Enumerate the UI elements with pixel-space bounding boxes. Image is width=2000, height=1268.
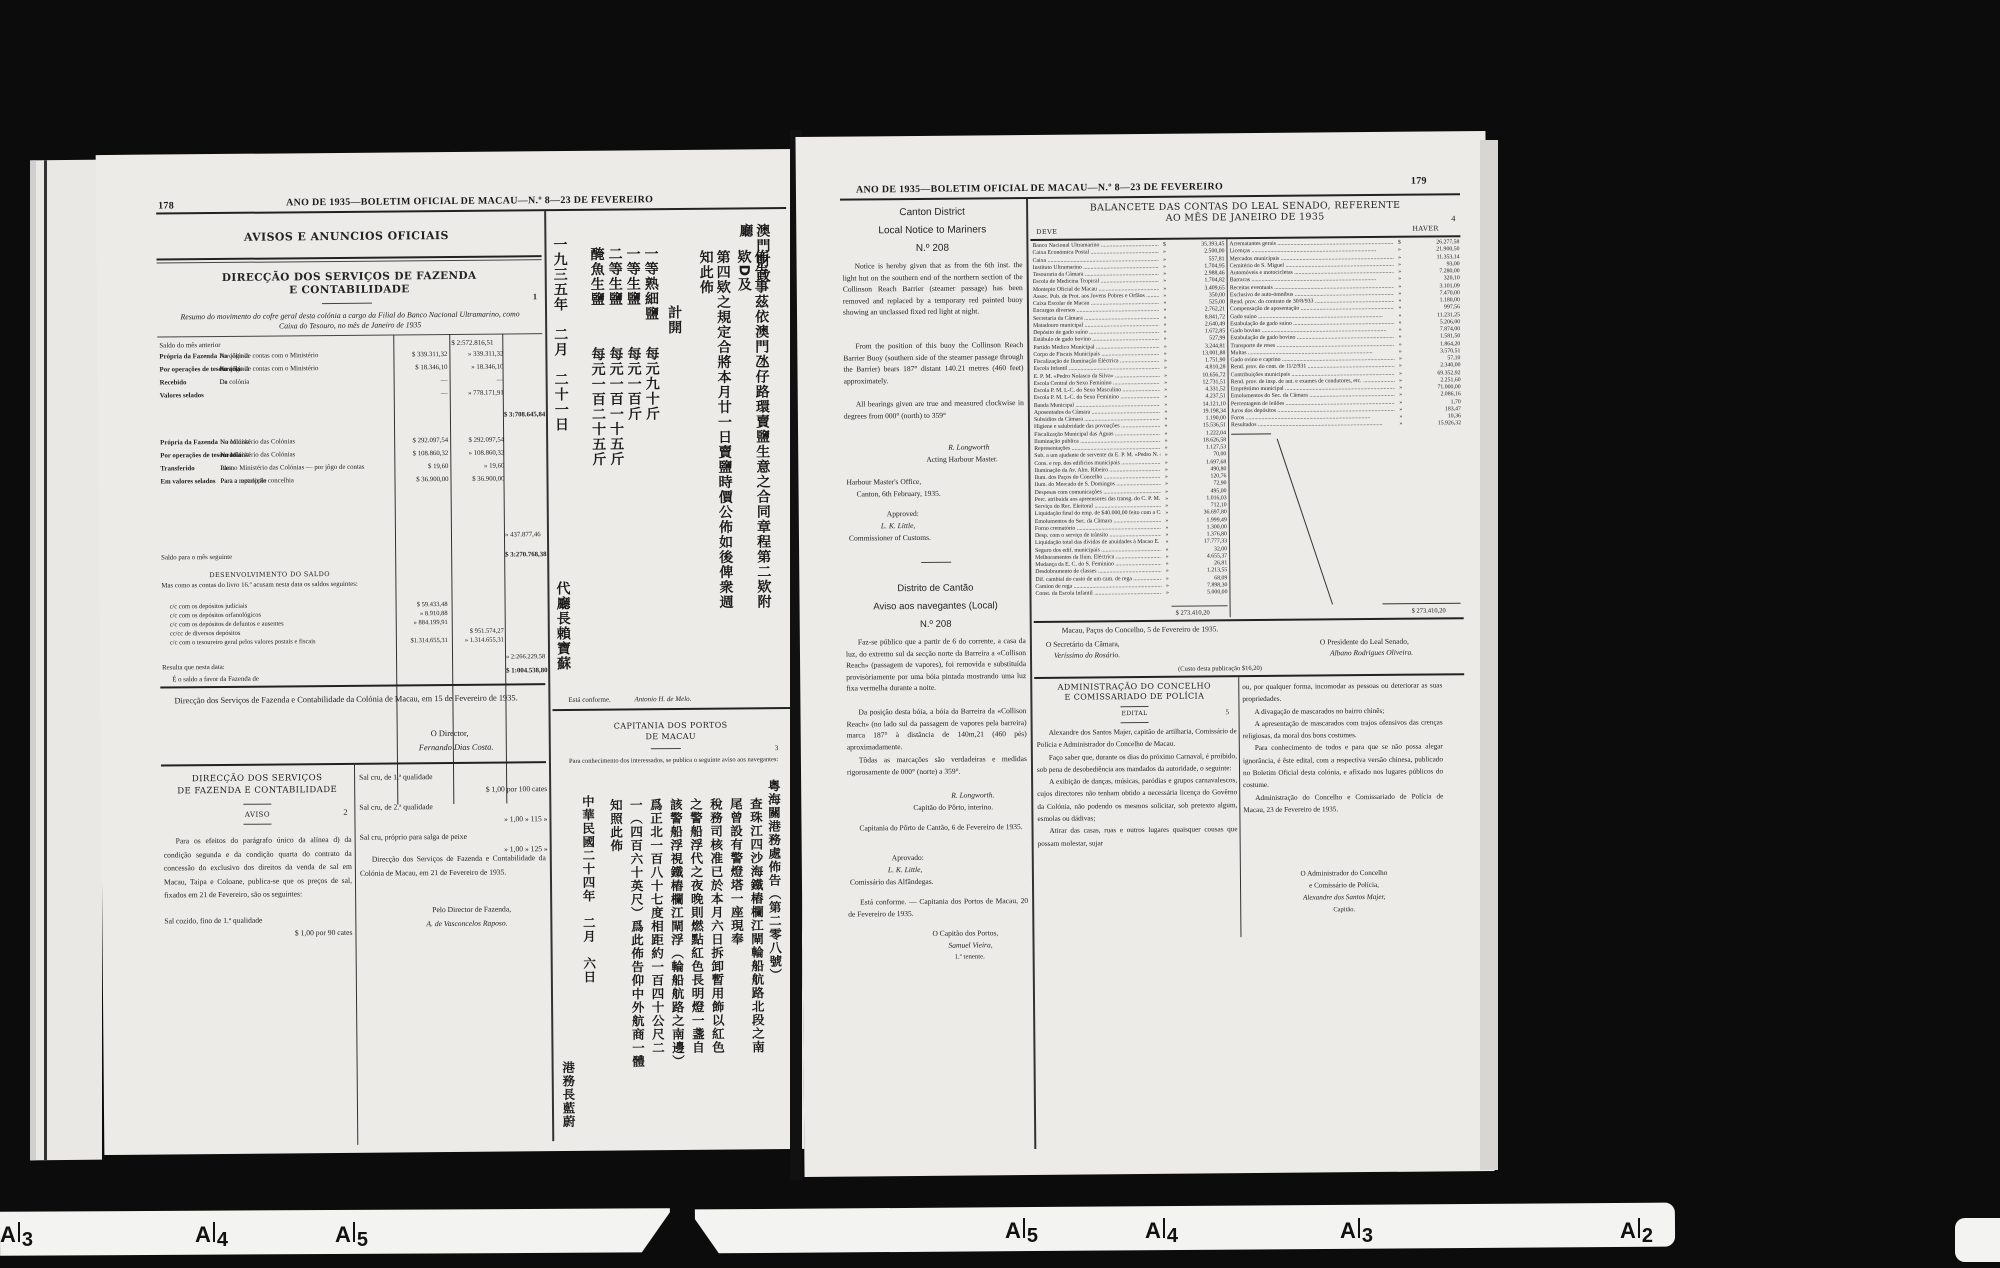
notice-fazenda-resumo: DIRECÇÃO DOS SERVIÇOS DE FAZENDA E CONTA…: [96, 149, 796, 155]
row-currency: »: [1159, 278, 1171, 285]
cjk-body: 佈告事茲依澳門氹仔路環賣鹽生意之合同章程第二欵附欵D及第四欵之規定合將本月廿一日…: [696, 249, 771, 610]
row-currency: »: [1395, 414, 1407, 421]
row-currency: »: [1159, 358, 1171, 365]
cjk-item-price: 每元一百二十五斤: [588, 347, 606, 467]
saldo-seguinte-total: $ 3:270.768,38: [505, 549, 546, 560]
frame-marker: A3: [1340, 1218, 1373, 1248]
film-strip-next: [1955, 1218, 2000, 1262]
frame-marker: A4: [1145, 1218, 1178, 1248]
row-currency: »: [1160, 380, 1172, 387]
ledger-label: Valores selados: [160, 389, 392, 400]
receita-block: Própria da Fazenda Na colónia Por jôgo d…: [159, 349, 509, 404]
notice-heading: DIRECÇÃO DOS SERVIÇOS: [163, 773, 351, 786]
approver-title: Commissioner of Customs.: [849, 532, 931, 544]
ledger-col1: $ 19,60: [392, 462, 448, 471]
final-signer-rank: 1.º tenente.: [955, 951, 985, 962]
ledger-col1: $ 36.900,00: [392, 475, 448, 484]
conformity: Está conforme. — Capitania dos Portos de…: [848, 895, 1028, 920]
row-currency: »: [1161, 582, 1173, 589]
row-currency: »: [1394, 269, 1406, 276]
row-currency: »: [1160, 372, 1172, 379]
notice-intro: Para conhecimento dos interessados, se p…: [559, 755, 787, 766]
film-strip-right: [695, 1203, 1675, 1254]
notice-number: N.º 208: [846, 617, 1026, 633]
place-date: Macau, Paços do Concelho, 5 de Fevereiro…: [1062, 623, 1219, 635]
notice-number: 1: [533, 291, 537, 302]
row-label: c/c com o tesoureiro geral pelos valores…: [170, 637, 392, 648]
resulta-label: Resulta que nesta data:: [162, 662, 225, 674]
signer-rank: Capitão.: [1244, 903, 1444, 916]
ledger-label: Recebido Da colónia De: [160, 376, 392, 387]
row-currency: »: [1395, 399, 1407, 406]
place-date: Capitania do Pôrto de Cantão, 6 de Fever…: [847, 821, 1027, 834]
office-date: Canton, 6th February, 1935.: [857, 488, 941, 500]
frame-marker: A2: [1620, 1218, 1653, 1248]
cjk-item-name: 一等生鹽: [623, 246, 641, 306]
notice-closing: Direcção dos Serviços de Fazenda e Conta…: [162, 691, 542, 707]
cjk-column: 之警船浮代之夜晚則燃點紅色長明燈一盞自: [687, 798, 707, 1128]
final-signer-title: O Capitão dos Portos,: [932, 927, 998, 939]
row-currency: »: [1160, 409, 1172, 416]
row-currency: »: [1160, 438, 1172, 445]
row-amount: 5.000,00: [1173, 589, 1227, 597]
ledger-col2: $ 36.900,00: [448, 475, 504, 484]
cjk-port-body: 查珠江四沙海鐵樁欄江閘輪船航路北段之南尾曾設有警燈塔一座現奉稅務司核准已於本月六…: [96, 149, 796, 155]
notice-heading: DE FAZENDA E CONTABILIDADE: [163, 785, 351, 798]
ledger-row: Por operações de tesouraria Na colónia N…: [160, 448, 510, 460]
row-currency: »: [1161, 539, 1173, 546]
deve-list: Banco Nacional Ultramarino$35.393,45Caix…: [1032, 241, 1227, 598]
ledger-label: Em valores selados Para a metrópole Para…: [160, 475, 392, 486]
notice-canton-portuguese: Distrito de Cantão Aviso aos navegantes …: [795, 131, 1485, 137]
row-currency: »: [1395, 370, 1407, 377]
frame-marker: A3: [0, 1222, 33, 1252]
notice-title: Aviso aos navegantes (Local): [846, 599, 1026, 615]
row-currency: »: [1161, 568, 1173, 575]
signer-title: Acting Harbour Master.: [926, 453, 998, 465]
cjk-column: 尾曾設有警燈塔一座現奉: [727, 797, 747, 1127]
cjk-column: 爲正北一百八十七度相距約一百四十公尺二: [647, 798, 667, 1128]
cjk-signer: 港務長藍蔚: [560, 1061, 578, 1141]
notice-title: Canton District: [842, 205, 1022, 221]
edital-paragraph: ou, por qualquer forma, incomodar as pes…: [1242, 679, 1442, 705]
notice-number: 2: [343, 807, 347, 818]
row-currency: »: [1161, 554, 1173, 561]
edital-paragraph: Faço saber que, durante os dias do próxi…: [1037, 750, 1237, 776]
approved-label: Approved:: [887, 508, 919, 519]
row-currency: »: [1395, 385, 1407, 392]
cjk-signer: 代廳長賴寶蘇: [553, 581, 571, 681]
cjk-item-name: 二等生鹽: [605, 246, 623, 306]
balancete-leal-senado: BALANCETE DAS CONTAS DO LEAL SENADO, REF…: [795, 131, 1485, 137]
ledger-label: Transferido Para o Ministério das Colóni…: [160, 462, 392, 473]
signer-title: Pelo Director de Fazenda,: [432, 903, 511, 915]
row-currency: »: [1160, 445, 1172, 452]
cjk-date: 一九三五年 二月 二十一日: [550, 237, 569, 517]
row-col1: [392, 627, 448, 636]
row-col1: » 884.199,91: [392, 618, 448, 627]
row-currency: »: [1394, 283, 1406, 290]
row-currency: »: [1159, 322, 1171, 329]
row-currency: »: [1159, 307, 1171, 314]
edital-column-1: Alexandre dos Santos Majer, capitão de a…: [1037, 725, 1238, 850]
edital-paragraph: A apresentação de mascarados com trajos …: [1243, 716, 1443, 742]
row-currency: »: [1159, 285, 1171, 292]
signer-title: e Comissário de Polícia,: [1244, 879, 1444, 892]
row-col2: $ 951.574,27: [448, 627, 504, 636]
row-currency: »: [1160, 387, 1172, 394]
chinese-salt-notice: 澳門財政廳 佈告事茲依澳門氹仔路環賣鹽生意之合同章程第二欵附欵D及第四欵之規定合…: [96, 149, 796, 155]
notice-title: Local Notice to Mariners: [842, 223, 1022, 239]
ledger-row: Por operações de tesouraria Na colónia P…: [159, 362, 509, 374]
cjk-column: 第四欵之規定合將本月廿一日賣鹽時價公佈如後俾衆週知此佈: [696, 250, 733, 610]
frame-marker: A5: [335, 1222, 368, 1252]
ledger-label: Por operações de tesouraria Na colónia P…: [159, 363, 391, 374]
notice-paragraph: From the position of this buoy the Colli…: [843, 339, 1023, 387]
ledger-group: Valores selados: [160, 389, 392, 400]
row-currency: »: [1395, 392, 1407, 399]
notice-paragraph: All bearings given are true and measured…: [844, 397, 1024, 422]
row-currency: »: [1161, 532, 1173, 539]
notice-subheading: EDITAL: [1034, 707, 1234, 720]
signer-name: Alexandre dos Santos Majer,: [1244, 891, 1444, 904]
notice-number: 5: [1225, 707, 1229, 718]
cancel-stroke: [1231, 431, 1463, 613]
running-header: ANO DE 1935—BOLETIM OFICIAL DE MACAU—N.º…: [856, 181, 1223, 195]
ledger-col1: —: [392, 376, 448, 385]
cjk-title: 粵海關港務處佈告（第二零八號）: [765, 779, 784, 989]
ledger-col1: $ 292.097,54: [392, 436, 448, 445]
signer-left-title: O Secretário da Câmara,: [1046, 638, 1120, 650]
signer-name: R. Longworth: [948, 441, 989, 452]
price-row: Sal cozido, fino de 1.ª qualidade$ 1,00 …: [164, 913, 352, 941]
ledger-col2: » 18.346,10: [447, 363, 503, 372]
film-notch: [640, 1205, 720, 1260]
row-col2: [448, 609, 504, 618]
ledger-col2: » 19,60: [448, 462, 504, 471]
row-currency: »: [1394, 312, 1406, 319]
balance-row: Resultados»15.926,32: [1231, 420, 1461, 429]
row-currency: »: [1161, 496, 1173, 503]
ledger-col2: $ 292.097,54: [448, 436, 504, 445]
row-currency: »: [1394, 356, 1406, 363]
haver-list: Arrematantes gerais$26.277,58Licenças»21…: [1229, 239, 1461, 429]
notice-paragraph: Tôdas as marcações são verdadeiras e med…: [847, 753, 1027, 778]
book-edge: [30, 160, 102, 1161]
final-signer-name: Samuel Vieira,: [948, 939, 992, 950]
row-currency: »: [1160, 394, 1172, 401]
notice-closing: Direcção dos Serviços de Fazenda e Conta…: [360, 851, 546, 880]
approved-label: Aprovado:: [892, 852, 924, 863]
ledger-col2: » 339.311,32: [447, 350, 503, 359]
row-currency: »: [1395, 406, 1407, 413]
row-currency: »: [1161, 525, 1173, 532]
cjk-column: 該警船浮視鐵樁欄江閘浮（輪船航路之南邊）: [667, 798, 687, 1128]
row-currency: »: [1161, 510, 1173, 517]
row-currency: »: [1161, 590, 1173, 597]
edital-paragraph: Alexandre dos Santos Majer, capitão de a…: [1037, 725, 1237, 751]
edital-paragraph: Para conhecimento de todos e para que se…: [1243, 741, 1443, 792]
row-currency: $: [1158, 242, 1170, 249]
notice-subheading: AVISO: [163, 809, 351, 822]
row-currency: »: [1394, 363, 1406, 370]
row-currency: »: [1159, 293, 1171, 300]
row-currency: »: [1160, 481, 1172, 488]
row-currency: »: [1159, 365, 1171, 372]
notice-number: 3: [775, 743, 779, 754]
row-col2: [448, 600, 504, 609]
row-currency: »: [1159, 336, 1171, 343]
ledger-row: Própria da Fazenda Na colónia Por jôgo d…: [159, 349, 509, 361]
row-col1: $ 59.433,48: [392, 600, 448, 609]
conformity-signer: Antonio H. de Melo.: [634, 694, 691, 705]
ledger-row: Em valores selados Para a metrópole Para…: [160, 474, 510, 486]
desenvolvimento-subtotal: » 2:266.229,58: [506, 651, 545, 662]
row-currency: »: [1160, 474, 1172, 481]
notice-heading: E COMISSARIADO DE POLÍCIA: [1034, 691, 1234, 703]
price-value: $ 1,00 por 100 cates: [359, 782, 547, 797]
signer-title: Capitão do Pôrto, interino.: [913, 801, 993, 813]
notice-number: N.º 208: [842, 241, 1022, 257]
saldo-favor-label: É o saldo a favor da Fazenda de: [172, 674, 259, 686]
edital-paragraph: Administração do Concelho e Comissariado…: [1243, 790, 1443, 816]
row-currency: »: [1161, 517, 1173, 524]
frame-marker: A4: [195, 1222, 228, 1252]
price-list: Sal cru, de 1.ª qualidade$ 1,00 por 100 …: [359, 769, 548, 861]
left-page: 178 ANO DE 1935—BOLETIM OFICIAL DE MACAU…: [96, 149, 805, 1155]
cjk-list-heading: 計開: [665, 305, 682, 355]
ledger-col1: —: [392, 389, 448, 398]
row-currency: »: [1160, 423, 1172, 430]
row-col2: [448, 618, 504, 627]
haver-label: Haver: [1412, 223, 1438, 234]
price-row: Sal cru, de 2.ª qualidade» 1,00 » 115 »: [359, 799, 547, 827]
cjk-column: 稅務司核准已於本月六日拆卸暫用飾以紅色: [707, 798, 727, 1128]
row-currency: »: [1159, 329, 1171, 336]
cjk-item-price: 每元一百斤: [624, 346, 642, 421]
desenvolvimento-rows: c/c com os depósitos judiciais$ 59.433,4…: [170, 599, 510, 647]
row-currency: »: [1160, 401, 1172, 408]
price-value: $ 1,00 por 90 cates: [164, 926, 352, 941]
deve-label: Deve: [1036, 227, 1057, 238]
cjk-items: 一等熟細鹽每元九十斤一等生鹽每元一百斤二等生鹽每元一百一十五斤醃魚生鹽每元一百二…: [96, 149, 796, 155]
approver-title: Comissário das Alfândegas.: [850, 876, 934, 888]
ledger-row: Transferido Para o Ministério das Colóni…: [160, 461, 510, 473]
cjk-item-price: 每元九十斤: [642, 346, 660, 421]
row-currency: »: [1159, 264, 1171, 271]
frame-marker: A5: [1005, 1218, 1038, 1248]
row-currency: »: [1160, 416, 1172, 423]
edital-policia: ADMINISTRAÇÃO DO CONCELHO E COMISSARIADO…: [795, 131, 1485, 137]
desenvolvimento-row: c/c com o tesoureiro geral pelos valores…: [170, 635, 510, 647]
row-currency: »: [1159, 351, 1171, 358]
row-amount: 15.926,32: [1407, 420, 1461, 428]
edital-paragraph: A exibição de danças, músicas, paródias …: [1037, 774, 1237, 825]
row-currency: »: [1161, 561, 1173, 568]
row-currency: »: [1159, 300, 1171, 307]
row-currency: »: [1395, 377, 1407, 384]
signer-right-name: Albano Rodrigues Oliveira.: [1330, 647, 1413, 659]
row-currency: »: [1160, 467, 1172, 474]
row-currency: »: [1393, 247, 1405, 254]
office: Harbour Master's Office,: [846, 476, 921, 488]
conformity-label: Está conforme.: [568, 695, 610, 706]
cjk-date: 中華民國二十四年 二月 六日: [579, 795, 598, 1065]
row-currency: »: [1160, 430, 1172, 437]
row-currency: »: [1161, 503, 1173, 510]
notice-capitania: CAPITANIA DOS PORTOS DE MACAU 3 Para con…: [96, 149, 796, 155]
despesa-block: Própria da Fazenda Na colónia No Ministé…: [160, 435, 510, 490]
row-currency: »: [1394, 290, 1406, 297]
saldo-anterior-total: $ 2:572.816,51: [451, 338, 493, 349]
row-currency: »: [1161, 546, 1173, 553]
notice-number: 4: [1451, 213, 1455, 224]
page-number: 178: [158, 200, 174, 211]
row-currency: »: [1160, 459, 1172, 466]
saldo-seguinte-label: Saldo para o mês seguinte: [161, 551, 391, 564]
row-currency: »: [1394, 334, 1406, 341]
ledger-col2: » 778.171,91: [448, 389, 504, 398]
notice-paragraph: Da posição desta bóia, a bóia da Barreir…: [846, 705, 1026, 753]
row-currency: »: [1159, 256, 1171, 263]
notice-paragraph: Notice is hereby given that as from the …: [843, 259, 1023, 319]
row-currency: »: [1394, 305, 1406, 312]
ledger-row: Valores selados—» 778.171,91: [160, 388, 510, 400]
haver-total: $ 273.410,20: [1412, 605, 1446, 616]
ledger-row: Própria da Fazenda Na colónia No Ministé…: [160, 435, 510, 447]
approver: L. K. Little,: [888, 864, 922, 875]
notice-body: Para os efeitos do parágrafo único da al…: [164, 833, 353, 902]
right-page: ANO DE 1935—BOLETIM OFICIAL DE MACAU—N.º…: [795, 131, 1494, 1177]
section-title: AVISOS E ANUNCIOS OFICIAIS: [156, 229, 536, 243]
page-number: 179: [1411, 176, 1427, 187]
saldo-anterior-label: Saldo do mês anterior: [159, 339, 389, 352]
signer-name: R. Longworth.: [951, 789, 994, 800]
row-currency: »: [1394, 327, 1406, 334]
deve-total: $ 273.410,20: [1176, 607, 1210, 618]
row-label: Resultados: [1231, 421, 1395, 430]
row-currency: »: [1161, 575, 1173, 582]
row-currency: »: [1394, 348, 1406, 355]
notice-subtitle: Resumo do movimento do cofre geral desta…: [175, 309, 525, 332]
ledger-sub: De: [160, 376, 392, 387]
running-header: ANO DE 1935—BOLETIM OFICIAL DE MACAU—N.º…: [286, 194, 653, 208]
saldo-favor-total: $ 1:004.538,80: [506, 665, 547, 676]
cjk-column: 知照此佈: [607, 798, 627, 1128]
row-currency: »: [1394, 254, 1406, 261]
cjk-item-price: 每元一百一十五斤: [606, 346, 624, 466]
ledger-row: Recebido Da colónia De——: [160, 375, 510, 387]
notice-heading: E CONTABILIDADE: [157, 282, 542, 298]
ledger-col1: $ 339.311,32: [391, 350, 447, 359]
signer-left-name: Veríssimo do Rosário.: [1054, 649, 1120, 661]
approver: L. K. Little,: [881, 520, 915, 531]
edital-column-2: ou, por qualquer forma, incomodar as pes…: [1242, 679, 1443, 816]
signer-title: O Director,: [431, 728, 469, 739]
receita-total: $ 3:708.645,84: [504, 409, 545, 420]
signer-right-title: O Presidente do Leal Senado,: [1320, 636, 1409, 648]
cjk-item-name: 一等熟細鹽: [641, 246, 659, 321]
notice-paragraph: Faz-se público que a partir de 6 do corr…: [846, 635, 1026, 695]
signer-title: O Administrador do Concelho: [1244, 867, 1444, 880]
cjk-column: 佈告事茲依澳門氹仔路環賣鹽生意之合同章程第二欵附欵D及: [734, 249, 771, 609]
row-currency: »: [1394, 276, 1406, 283]
row-col1: $1.314.655,31: [392, 636, 448, 645]
row-currency: »: [1159, 314, 1171, 321]
row-currency: »: [1394, 298, 1406, 305]
notice-canton-english: Canton District Local Notice to Mariners…: [795, 131, 1485, 137]
publication-cost: (Custo desta publicação $16,20): [1178, 663, 1262, 675]
row-currency: »: [1159, 343, 1171, 350]
price-value: » 1,00 » 115 »: [359, 812, 547, 827]
ledger-col2: » 108.860,32: [448, 449, 504, 458]
row-currency: »: [1160, 452, 1172, 459]
balance-row: Const. da Escola Infantil»5.000,00: [1035, 589, 1227, 598]
page-stack-edge: [1480, 140, 1498, 1170]
row-col1: » 8.910,88: [392, 609, 448, 618]
ledger-col2: —: [448, 376, 504, 385]
row-currency: »: [1394, 261, 1406, 268]
desenvolvimento-intro: Mas como as contas do livro 16.º acusam …: [161, 579, 393, 590]
ledger-label: Por operações de tesouraria Na colónia N…: [160, 449, 392, 460]
row-currency: $: [1393, 240, 1405, 247]
cjk-column: 查珠江四沙海鐵樁欄江閘輪船航路北段之南: [747, 797, 767, 1127]
signer-name: A. de Vasconcelos Raposo.: [426, 918, 507, 930]
notice-title: Distrito de Cantão: [845, 581, 1025, 597]
edital-paragraph: Atirar das casas, ruas e outros lugares …: [1037, 824, 1237, 850]
ledger-label: Própria da Fazenda Na colónia Por jôgo d…: [159, 351, 391, 362]
row-label: Const. da Escola Infantil: [1035, 590, 1161, 598]
row-currency: »: [1395, 421, 1407, 428]
row-currency: »: [1394, 319, 1406, 326]
row-currency: »: [1158, 249, 1170, 256]
balancete-title: AO MÊS DE JANEIRO DE 1935: [1030, 210, 1460, 225]
row-currency: »: [1394, 341, 1406, 348]
row-currency: »: [1159, 271, 1171, 278]
signer-name: Fernando Dias Costa.: [419, 742, 494, 754]
row-currency: »: [1161, 488, 1173, 495]
ledger-label: Própria da Fazenda Na colónia No Ministé…: [160, 436, 392, 447]
price-row: Sal cru, de 1.ª qualidade$ 1,00 por 100 …: [359, 769, 547, 797]
notice-heading: DE MACAU: [556, 730, 786, 743]
ledger-col1: $ 108.860,32: [392, 449, 448, 458]
ledger-col1: $ 18.346,10: [391, 363, 447, 372]
cjk-column: 一（四百六十英尺）爲此佈告仰中外航商一體: [627, 798, 647, 1128]
cjk-item-name: 醃魚生鹽: [587, 247, 605, 307]
despesa-total: » 437.877,46: [505, 529, 541, 540]
row-col2: » 1.314.655,31: [448, 636, 504, 645]
notice-aviso-sal: DIRECÇÃO DOS SERVIÇOS DE FAZENDA E CONTA…: [96, 149, 796, 155]
